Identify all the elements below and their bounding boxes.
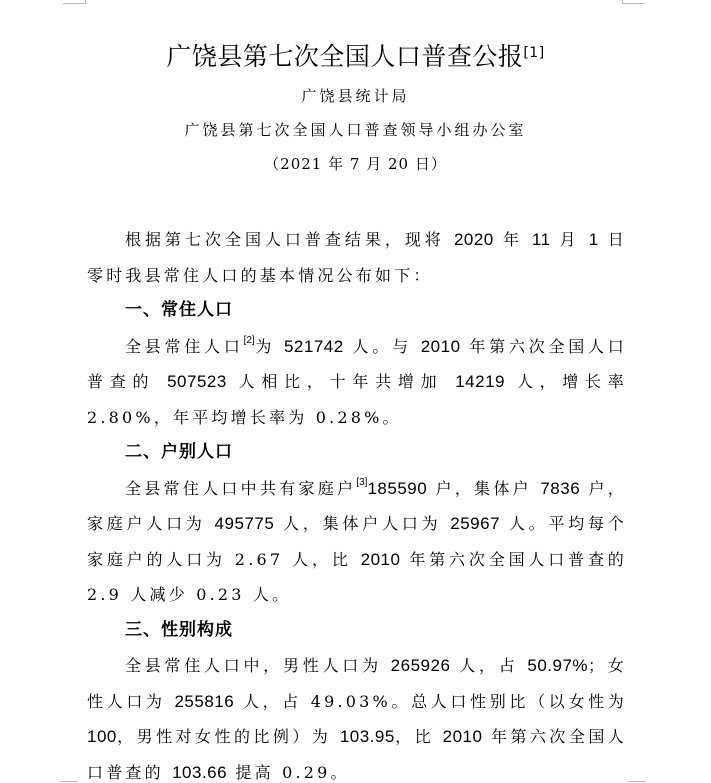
- crop-mark-top-left-h: [63, 3, 86, 4]
- issuer-bureau: 广饶县统计局: [0, 84, 711, 108]
- title-footnote-ref[interactable]: [1]: [523, 45, 544, 61]
- footnote-ref-2[interactable]: [2]: [244, 335, 255, 346]
- footnote-ref-3[interactable]: [3]: [356, 477, 367, 488]
- crop-mark-bottom-right-h: [628, 781, 646, 782]
- issuer-office: 广饶县第七次全国人口普查领导小组办公室: [0, 118, 711, 142]
- title-text: 广饶县第七次全国人口普查公报: [166, 42, 523, 71]
- crop-mark-top-right-v: [622, 0, 623, 4]
- section-heading-resident-population: 一、常住人口: [87, 293, 627, 329]
- document-body: 根据第七次全国人口普查结果，现将 2020 年 11 月 1 日零时我县常住人口…: [87, 222, 627, 783]
- publish-date: （2021 年 7 月 20 日）: [0, 152, 711, 176]
- section-paragraph-gender-composition: 全县常住人口中，男性人口为 265926 人，占 50.97%；女性人口为 25…: [87, 648, 627, 783]
- crop-mark-bottom-left-h: [60, 781, 78, 782]
- section-paragraph-resident-population: 全县常住人口[2]为 521742 人。与 2010 年第六次全国人口普查的 5…: [87, 329, 627, 436]
- section-paragraph-household-population: 全县常住人口中共有家庭户[3]185590 户，集体户 7836 户，家庭户人口…: [87, 471, 627, 613]
- document-title: 广饶县第七次全国人口普查公报[1]: [0, 40, 711, 74]
- section-heading-gender-composition: 三、性别构成: [87, 613, 627, 649]
- crop-mark-top-left-v: [85, 0, 86, 4]
- section-heading-household-population: 二、户别人口: [87, 435, 627, 471]
- intro-paragraph: 根据第七次全国人口普查结果，现将 2020 年 11 月 1 日零时我县常住人口…: [87, 222, 627, 293]
- crop-mark-top-right-h: [622, 3, 644, 4]
